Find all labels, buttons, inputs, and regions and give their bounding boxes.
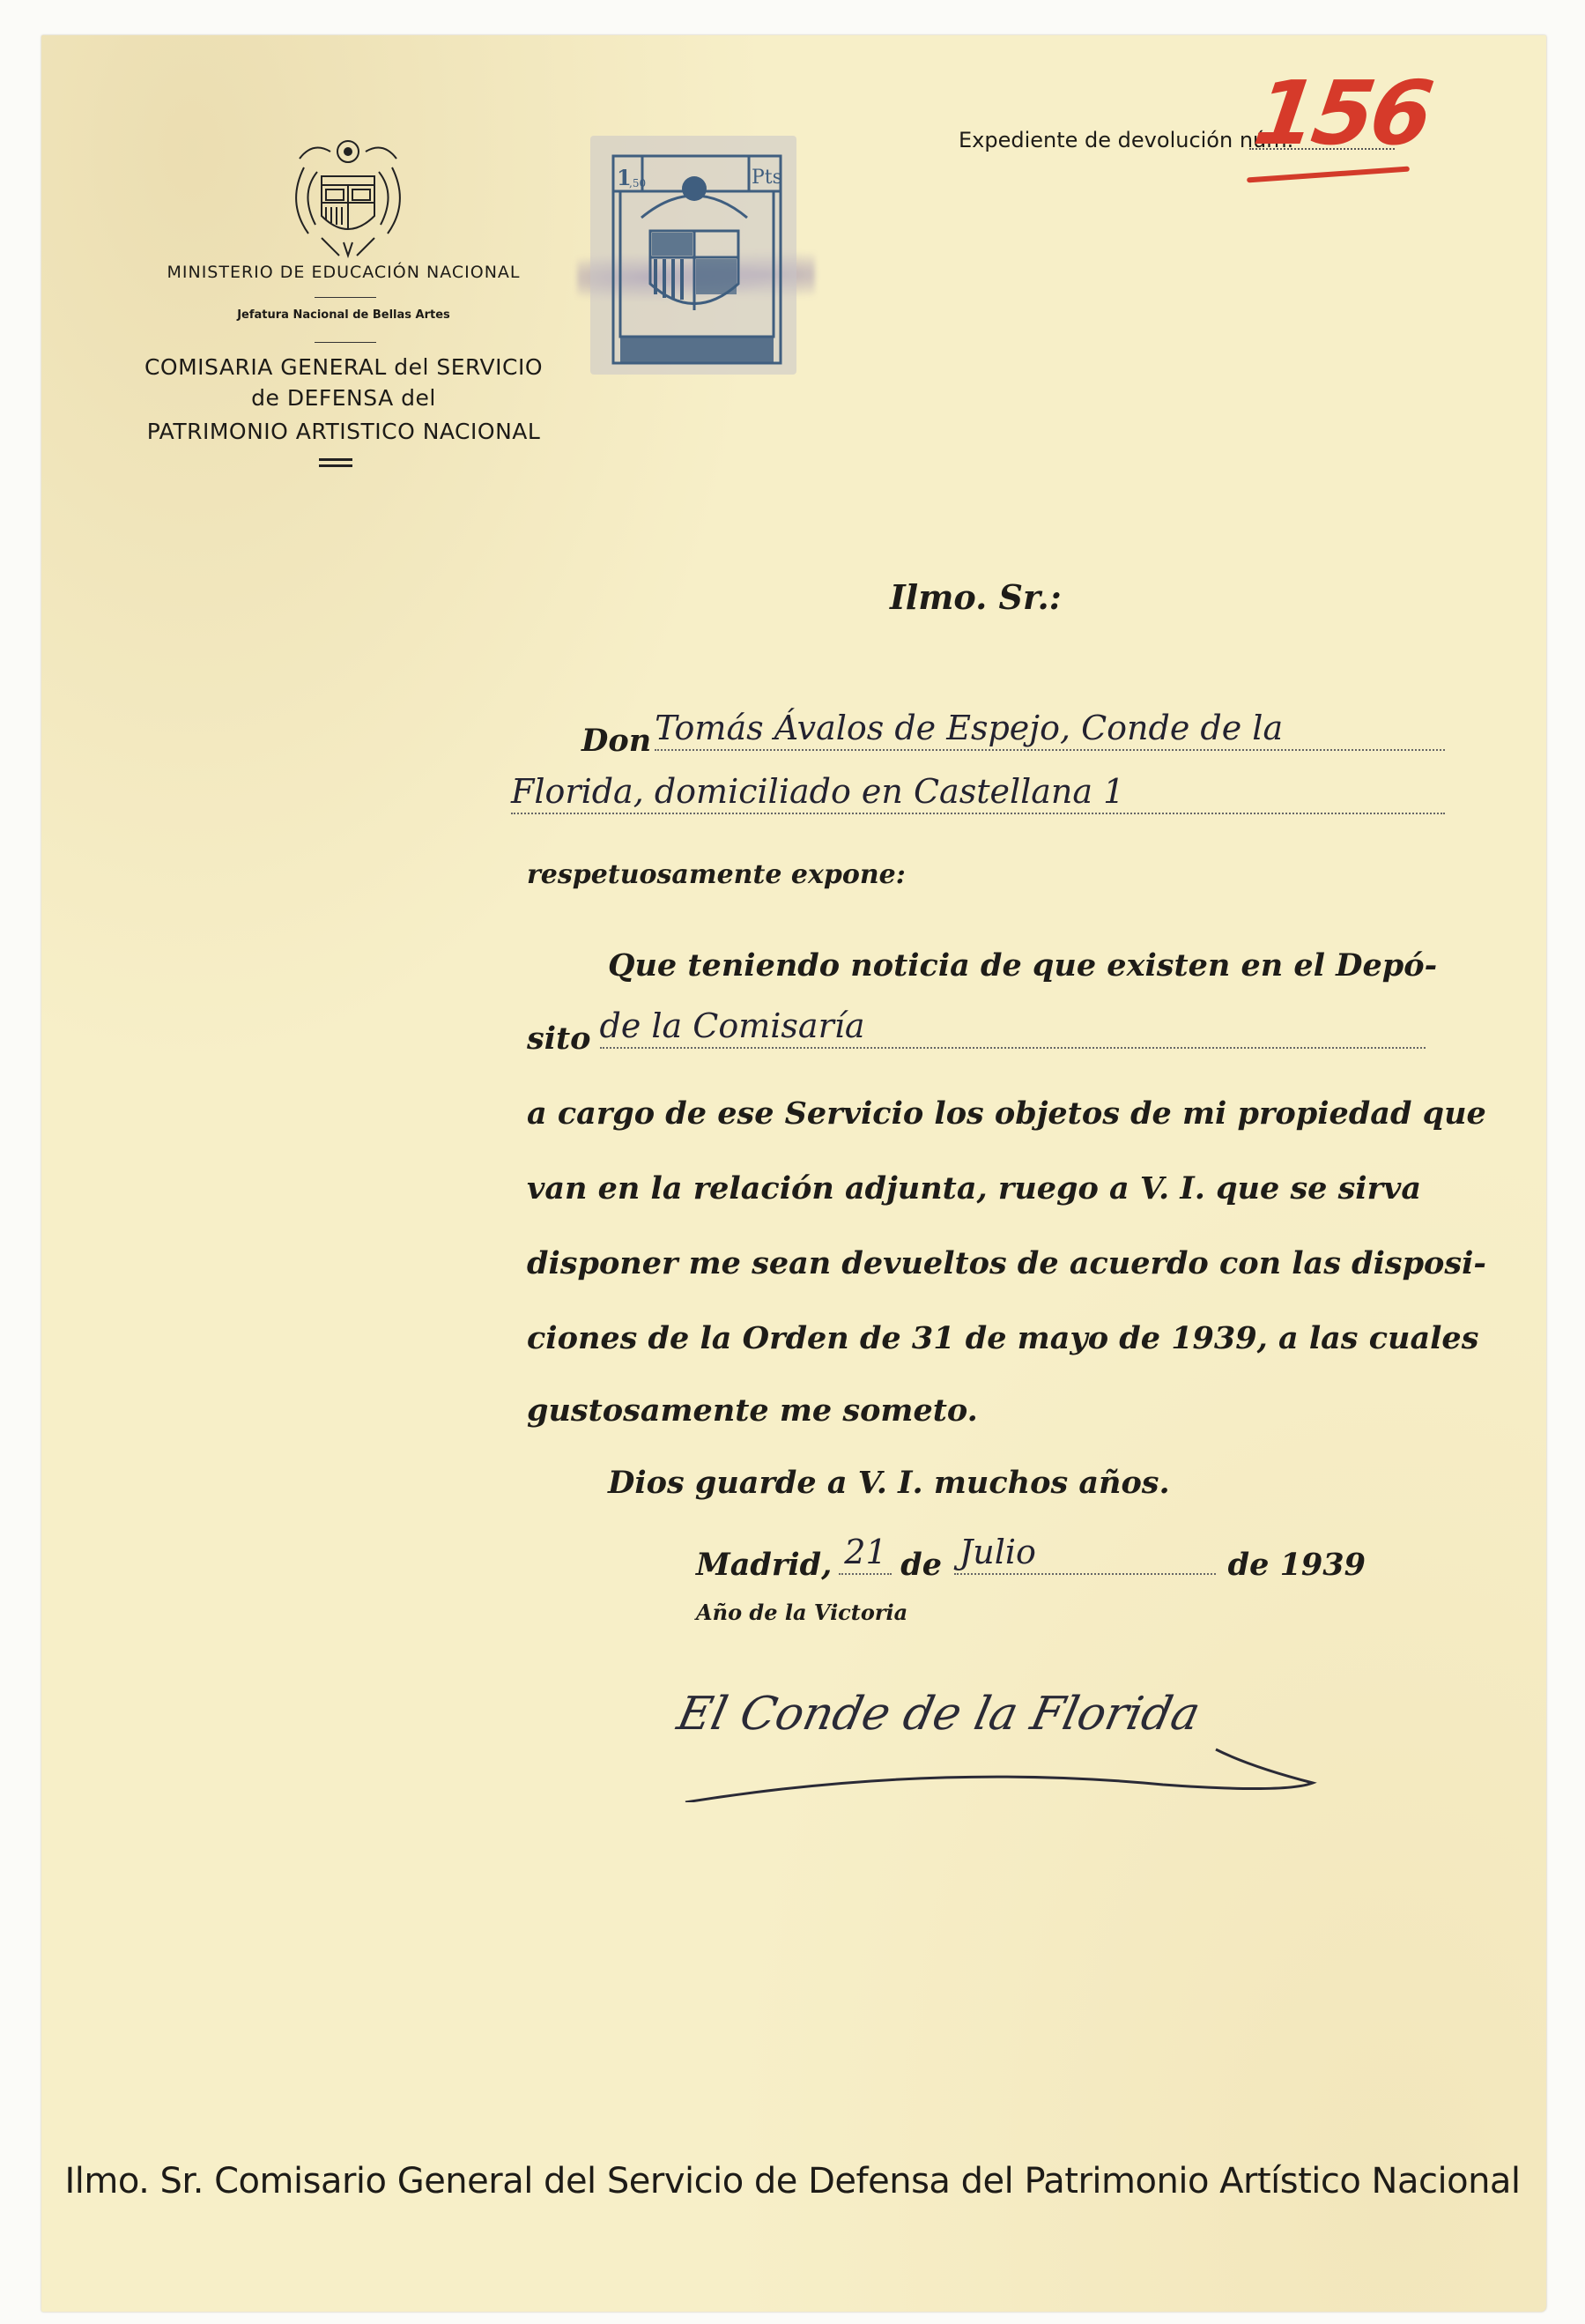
commission-line-2: de DEFENSA del — [123, 385, 564, 411]
svg-text:,50: ,50 — [629, 177, 646, 189]
ministry-name: MINISTERIO DE EDUCACIÓN NACIONAL — [123, 263, 564, 282]
svg-text:Pts: Pts — [752, 167, 782, 189]
address-field: Florida, domiciliado en Castellana 1 — [511, 776, 1445, 814]
day-field: 21 — [839, 1540, 892, 1575]
file-number-value: 156 — [1248, 62, 1436, 165]
salutation: Ilmo. Sr.: — [890, 577, 1062, 617]
body-line-5: disponer me sean devueltos de acuerdo co… — [527, 1245, 1486, 1281]
commission-line-3: PATRIMONIO ARTISTICO NACIONAL — [123, 419, 564, 444]
name-field: Tomás Ávalos de Espejo, Conde de la — [655, 749, 1445, 751]
expone-text: respetuosamente expone: — [527, 859, 906, 890]
place: Madrid, — [696, 1547, 832, 1583]
deposit-field: de la Comisaría — [600, 1047, 1426, 1049]
double-bar — [319, 458, 352, 461]
body-line-6: ciones de la Orden de 31 de mayo de 1939… — [527, 1320, 1478, 1356]
month-handwritten: Julio — [959, 1533, 1036, 1571]
sito-prefix: sito — [527, 1021, 591, 1057]
body-line-3: a cargo de ese Servicio los objetos de m… — [527, 1095, 1486, 1132]
applicant-line-2: Florida, domiciliado en Castellana 1 — [511, 776, 1445, 814]
coat-of-arms-icon — [282, 132, 414, 264]
day-handwritten: 21 — [844, 1533, 886, 1571]
file-number-label: Expediente de devolución núm. — [959, 128, 1293, 152]
applicant-line-1: Don Tomás Ávalos de Espejo, Conde de la — [581, 723, 1445, 759]
body-line-2: sito de la Comisaría — [527, 1021, 1426, 1057]
body-line-7: gustosamente me someto. — [527, 1392, 978, 1429]
body-line-4: van en la relación adjunta, ruego a V. I… — [527, 1170, 1421, 1207]
signature: El Conde de la Florida — [670, 1679, 1339, 1802]
addressee-footer: Ilmo. Sr. Comisario General del Servicio… — [0, 2161, 1585, 2201]
applicant-name-handwritten: Tomás Ávalos de Espejo, Conde de la — [655, 709, 1283, 747]
divider — [315, 297, 376, 298]
divider — [315, 342, 376, 343]
double-bar — [319, 464, 352, 467]
date-line: Madrid, 21 de Julio de 1939 — [696, 1540, 1366, 1583]
closing-line: Dios guarde a V. I. muchos años. — [608, 1465, 1170, 1501]
signature-flourish-icon — [670, 1679, 1339, 1802]
department-name: Jefatura Nacional de Bellas Artes — [123, 308, 564, 322]
commission-line-1: COMISARIA GENERAL del SERVICIO — [123, 354, 564, 380]
de-label: de — [900, 1547, 942, 1583]
deposit-handwritten: de la Comisaría — [600, 1006, 865, 1045]
fiscal-stamp-icon: 1 ,50 Pts — [589, 134, 798, 376]
applicant-address-handwritten: Florida, domiciliado en Castellana 1 — [511, 772, 1124, 811]
don-prefix: Don — [581, 723, 651, 759]
month-field: Julio — [954, 1540, 1216, 1575]
body-line-1: Que teniendo noticia de que existen en e… — [608, 947, 1437, 984]
era-text: Año de la Victoria — [696, 1600, 907, 1625]
year: de 1939 — [1228, 1547, 1366, 1583]
